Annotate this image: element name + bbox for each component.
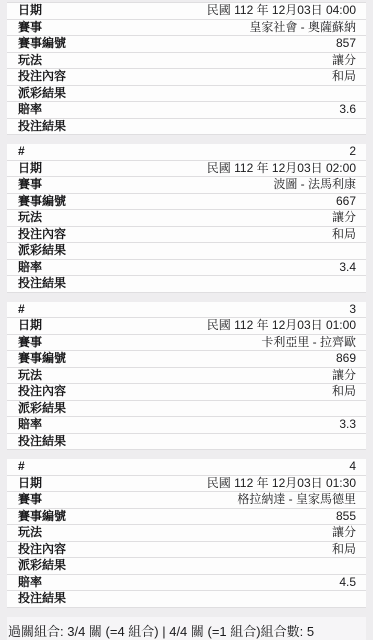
index-label: # — [18, 144, 25, 160]
payout-result-label: 派彩結果 — [18, 558, 66, 574]
row-date: 日期 民國 112 年 12月03日 01:30 — [7, 476, 366, 493]
row-bet-result: 投注結果 — [7, 591, 366, 608]
bet-result-label: 投注結果 — [18, 276, 66, 292]
row-event: 賽事 卡利亞里 - 拉齊歐 — [7, 335, 366, 352]
event-no-value: 855 — [336, 509, 356, 525]
row-payout-result: 派彩結果 — [7, 243, 366, 260]
event-no-label: 賽事編號 — [18, 36, 66, 52]
event-label: 賽事 — [18, 335, 42, 351]
row-bet-result: 投注結果 — [7, 276, 366, 293]
odds-value: 3.4 — [339, 260, 356, 276]
bet-record-4: # 4 日期 民國 112 年 12月03日 01:30 賽事 格拉納達 - 皇… — [7, 459, 366, 608]
bet-content-label: 投注內容 — [18, 69, 66, 85]
odds-value: 3.3 — [339, 417, 356, 433]
index-value: 3 — [349, 302, 356, 318]
play-type-label: 玩法 — [18, 368, 42, 384]
event-label: 賽事 — [18, 492, 42, 508]
row-play-type: 玩法 讓分 — [7, 368, 366, 385]
bet-content-label: 投注內容 — [18, 542, 66, 558]
event-no-label: 賽事編號 — [18, 194, 66, 210]
event-no-label: 賽事編號 — [18, 509, 66, 525]
row-bet-content: 投注內容 和局 — [7, 384, 366, 401]
bet-history-page: 日期 民國 112 年 12月03日 04:00 賽事 皇家社會 - 奧薩蘇納 … — [7, 0, 366, 640]
play-type-label: 玩法 — [18, 53, 42, 69]
bet-content-value: 和局 — [332, 69, 356, 85]
event-no-value: 857 — [336, 36, 356, 52]
row-date: 日期 民國 112 年 12月03日 02:00 — [7, 161, 366, 178]
bet-content-value: 和局 — [332, 542, 356, 558]
row-event: 賽事 格拉納達 - 皇家馬德里 — [7, 492, 366, 509]
odds-label: 賠率 — [18, 575, 42, 591]
payout-result-label: 派彩結果 — [18, 243, 66, 259]
row-event-no: 賽事編號 667 — [7, 194, 366, 211]
row-event-no: 賽事編號 869 — [7, 351, 366, 368]
play-type-value: 讓分 — [332, 210, 356, 226]
bet-record-1: 日期 民國 112 年 12月03日 04:00 賽事 皇家社會 - 奧薩蘇納 … — [7, 2, 366, 135]
date-value: 民國 112 年 12月03日 04:00 — [207, 3, 356, 19]
bet-result-label: 投注結果 — [18, 591, 66, 607]
play-type-value: 讓分 — [332, 368, 356, 384]
date-label: 日期 — [18, 476, 42, 492]
odds-value: 4.5 — [339, 575, 356, 591]
date-label: 日期 — [18, 318, 42, 334]
bet-result-label: 投注結果 — [18, 434, 66, 450]
row-play-type: 玩法 讓分 — [7, 525, 366, 542]
row-event-no: 賽事編號 857 — [7, 36, 366, 53]
row-index: # 2 — [7, 144, 366, 161]
event-no-value: 869 — [336, 351, 356, 367]
row-bet-content: 投注內容 和局 — [7, 69, 366, 86]
odds-value: 3.6 — [339, 102, 356, 118]
bet-content-value: 和局 — [332, 227, 356, 243]
event-value: 皇家社會 - 奧薩蘇納 — [249, 20, 356, 36]
row-odds: 賠率 3.3 — [7, 417, 366, 434]
play-type-value: 讓分 — [332, 53, 356, 69]
event-no-label: 賽事編號 — [18, 351, 66, 367]
index-label: # — [18, 302, 25, 318]
index-value: 2 — [349, 144, 356, 160]
bet-record-3: # 3 日期 民國 112 年 12月03日 01:00 賽事 卡利亞里 - 拉… — [7, 302, 366, 451]
payout-result-label: 派彩結果 — [18, 401, 66, 417]
row-bet-result: 投注結果 — [7, 434, 366, 451]
bet-content-label: 投注內容 — [18, 227, 66, 243]
bet-content-label: 投注內容 — [18, 384, 66, 400]
date-value: 民國 112 年 12月03日 01:30 — [207, 476, 356, 492]
row-play-type: 玩法 讓分 — [7, 53, 366, 70]
parlay-summary-section: 過關組合: 3/4 關 (=4 組合) | 4/4 關 (=1 組合)組合數: … — [7, 617, 366, 640]
bet-content-value: 和局 — [332, 384, 356, 400]
index-label: # — [18, 459, 25, 475]
row-bet-content: 投注內容 和局 — [7, 542, 366, 559]
event-label: 賽事 — [18, 177, 42, 193]
row-bet-result: 投注結果 — [7, 119, 366, 136]
row-odds: 賠率 3.6 — [7, 102, 366, 119]
parlay-summary-text: 過關組合: 3/4 關 (=4 組合) | 4/4 關 (=1 組合)組合數: … — [8, 623, 365, 640]
event-value: 卡利亞里 - 拉齊歐 — [261, 335, 356, 351]
play-type-value: 讓分 — [332, 525, 356, 541]
play-type-label: 玩法 — [18, 210, 42, 226]
row-index: # 3 — [7, 302, 366, 319]
row-event: 賽事 皇家社會 - 奧薩蘇納 — [7, 20, 366, 37]
date-value: 民國 112 年 12月03日 02:00 — [207, 161, 356, 177]
row-event: 賽事 波圖 - 法馬利康 — [7, 177, 366, 194]
event-no-value: 667 — [336, 194, 356, 210]
play-type-label: 玩法 — [18, 525, 42, 541]
date-label: 日期 — [18, 161, 42, 177]
row-payout-result: 派彩結果 — [7, 558, 366, 575]
bet-result-label: 投注結果 — [18, 119, 66, 135]
event-value: 格拉納達 - 皇家馬德里 — [237, 492, 356, 508]
bet-record-2: # 2 日期 民國 112 年 12月03日 02:00 賽事 波圖 - 法馬利… — [7, 144, 366, 293]
row-date: 日期 民國 112 年 12月03日 01:00 — [7, 318, 366, 335]
row-bet-content: 投注內容 和局 — [7, 227, 366, 244]
row-event-no: 賽事編號 855 — [7, 509, 366, 526]
row-payout-result: 派彩結果 — [7, 86, 366, 103]
row-index: # 4 — [7, 459, 366, 476]
row-play-type: 玩法 讓分 — [7, 210, 366, 227]
row-odds: 賠率 4.5 — [7, 575, 366, 592]
odds-label: 賠率 — [18, 260, 42, 276]
date-value: 民國 112 年 12月03日 01:00 — [207, 318, 356, 334]
payout-result-label: 派彩結果 — [18, 86, 66, 102]
row-payout-result: 派彩結果 — [7, 401, 366, 418]
event-value: 波圖 - 法馬利康 — [273, 177, 356, 193]
odds-label: 賠率 — [18, 102, 42, 118]
index-value: 4 — [349, 459, 356, 475]
event-label: 賽事 — [18, 20, 42, 36]
row-odds: 賠率 3.4 — [7, 260, 366, 277]
date-label: 日期 — [18, 3, 42, 19]
odds-label: 賠率 — [18, 417, 42, 433]
row-date: 日期 民國 112 年 12月03日 04:00 — [7, 3, 366, 20]
